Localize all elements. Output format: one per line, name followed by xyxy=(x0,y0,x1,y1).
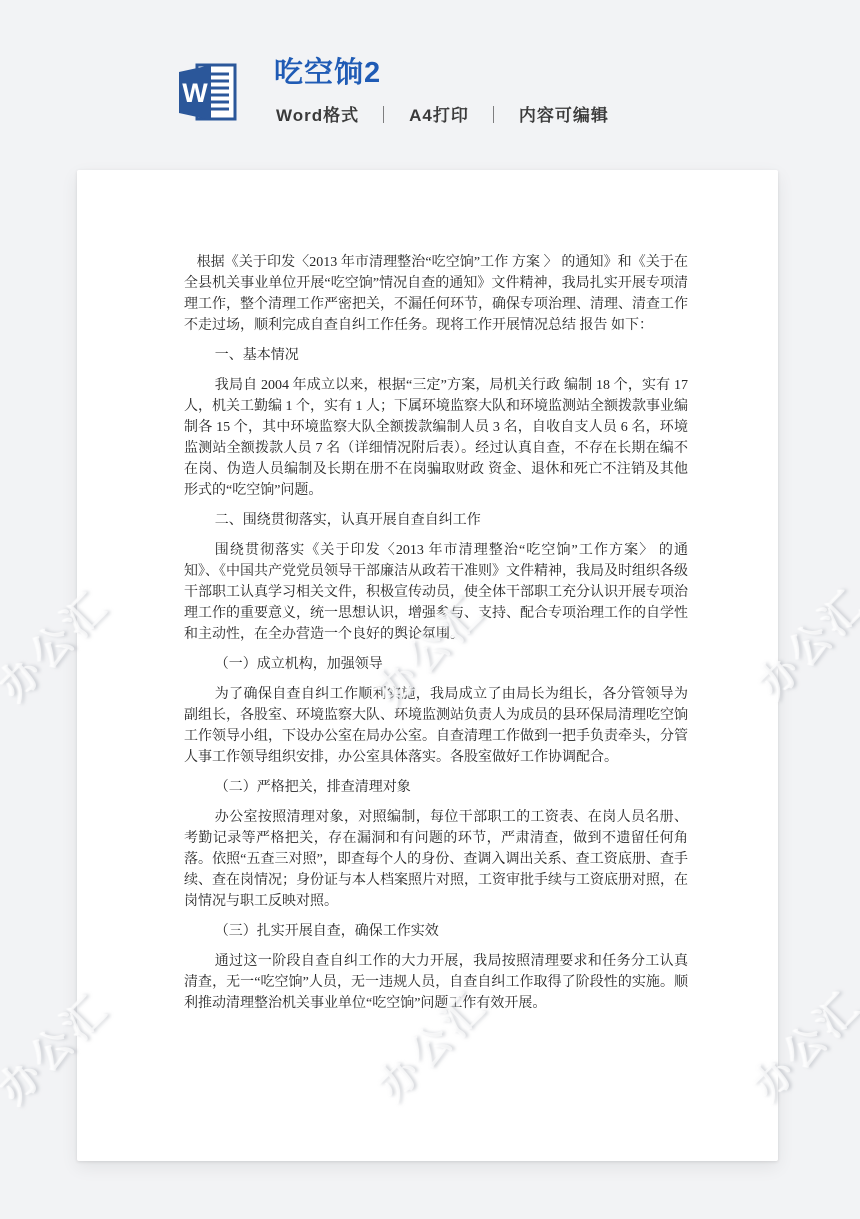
paragraph: 我局自 2004 年成立以来，根据“三定”方案，局机关行政 编制 18 个，实有… xyxy=(184,375,688,501)
document-body: 根据《关于印发〈2013 年市清理整治“吃空饷”工作 方案 〉 的通知》和《关于… xyxy=(77,170,778,1023)
paragraph: 为了确保自查自纠工作顺利实施，我局成立了由局长为组长，各分管领导为副组长，各股室… xyxy=(184,684,688,768)
word-icon-graphic: W xyxy=(173,57,241,127)
document-meta: Word格式｜A4打印｜内容可编辑 xyxy=(276,101,609,126)
word-icon: W xyxy=(173,57,241,127)
section-heading: （一）成立机构，加强领导 xyxy=(184,654,688,675)
document-page: 根据《关于印发〈2013 年市清理整治“吃空饷”工作 方案 〉 的通知》和《关于… xyxy=(77,170,778,1161)
page-header: W 吃空饷2 Word格式｜A4打印｜内容可编辑 xyxy=(0,0,860,170)
paragraph: 办公室按照清理对象，对照编制，每位干部职工的工资表、在岗人员名册、考勤记录等严格… xyxy=(184,807,688,912)
word-icon-letter: W xyxy=(182,78,208,108)
section-heading: （三）扎实开展自查，确保工作实效 xyxy=(184,921,688,942)
paragraph: 根据《关于印发〈2013 年市清理整治“吃空饷”工作 方案 〉 的通知》和《关于… xyxy=(184,252,688,336)
paragraph: 围绕贯彻落实《关于印发〈2013 年市清理整治“吃空饷”工作方案〉 的通知》、《… xyxy=(184,540,688,645)
section-heading: 一、基本情况 xyxy=(184,345,688,366)
section-heading: 二、围绕贯彻落实，认真开展自查自纠工作 xyxy=(184,510,688,531)
meta-separator: ｜ xyxy=(375,101,393,126)
meta-editable: 内容可编辑 xyxy=(519,106,609,125)
meta-print: A4打印 xyxy=(409,106,469,125)
section-heading: （二）严格把关，排查清理对象 xyxy=(184,777,688,798)
meta-separator: ｜ xyxy=(485,101,503,126)
paragraph: 通过这一阶段自查自纠工作的大力开展，我局按照清理要求和任务分工认真清查，无一“吃… xyxy=(184,951,688,1014)
meta-format: Word格式 xyxy=(276,106,359,125)
document-title: 吃空饷2 xyxy=(274,50,381,91)
